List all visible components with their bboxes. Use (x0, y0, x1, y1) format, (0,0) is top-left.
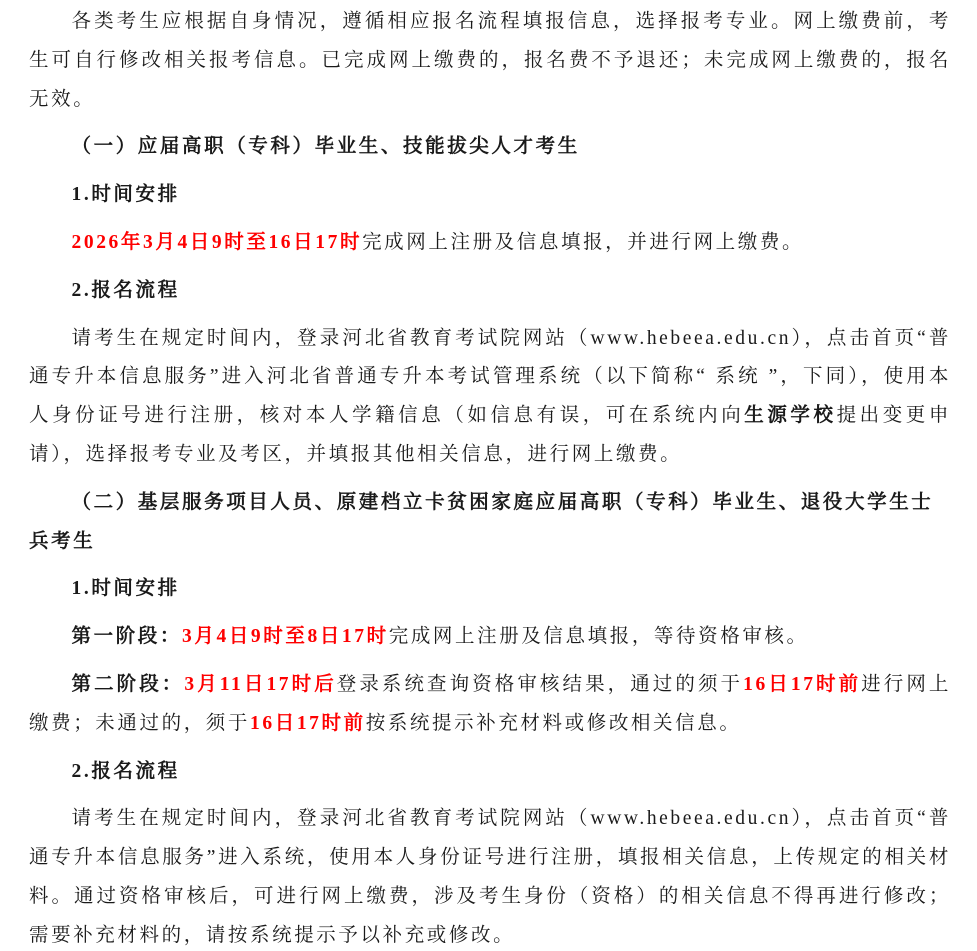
section-2-heading: （二）基层服务项目人员、原建档立卡贫困家庭应届高职（专科）毕业生、退役大学生士兵… (29, 484, 951, 562)
text-run-normal: 请考生在规定时间内，登录河北省教育考试院网站（www.hebeea.edu.cn… (29, 808, 951, 945)
text-run-normal: 完成网上注册及信息填报，等待资格审核。 (389, 626, 809, 647)
section-2-procedure-heading: 2.报名流程 (29, 753, 951, 792)
text-run-bold: 生源学校 (744, 405, 836, 426)
text-run-red-bold: 16日17时前 (743, 674, 861, 695)
intro-paragraph: 各类考生应根据自身情况，遵循相应报名流程填报信息，选择报考专业。网上缴费前，考生… (29, 3, 951, 119)
section-1-time-paragraph: 2026年3月4日9时至16日17时完成网上注册及信息填报，并进行网上缴费。 (29, 224, 951, 263)
section-1-time-heading: 1.时间安排 (29, 176, 951, 215)
text-run-bold: 2.报名流程 (72, 280, 180, 301)
section-1-heading: （一）应届高职（专科）毕业生、技能拔尖人才考生 (29, 128, 951, 167)
section-1-procedure-heading: 2.报名流程 (29, 272, 951, 311)
text-run-bold: 第二阶段： (72, 674, 185, 695)
document-body: 各类考生应根据自身情况，遵循相应报名流程填报信息，选择报考专业。网上缴费前，考生… (0, 0, 977, 951)
text-run-bold: 1.时间安排 (72, 184, 180, 205)
document-page: { "page": { "background_color": "#ffffff… (0, 0, 977, 951)
text-run-red-bold: 2026年3月4日9时至16日17时 (72, 232, 363, 253)
section-2-time-heading: 1.时间安排 (29, 570, 951, 609)
section-2-stage-1-paragraph: 第一阶段：3月4日9时至8日17时完成网上注册及信息填报，等待资格审核。 (29, 618, 951, 657)
text-run-normal: 完成网上注册及信息填报，并进行网上缴费。 (362, 232, 804, 253)
text-run-normal: 按系统提示补充材料或修改相关信息。 (366, 713, 742, 734)
text-run-bold: 1.时间安排 (72, 578, 180, 599)
text-run-red-bold: 3月11日17时后 (184, 674, 336, 695)
text-run-normal: 各类考生应根据自身情况，遵循相应报名流程填报信息，选择报考专业。网上缴费前，考生… (29, 11, 951, 110)
text-run-bold: （二）基层服务项目人员、原建档立卡贫困家庭应届高职（专科）毕业生、退役大学生士兵… (29, 492, 933, 552)
text-run-red-bold: 3月4日9时至8日17时 (182, 626, 389, 647)
text-run-normal: 登录系统查询资格审核结果，通过的须于 (337, 674, 743, 695)
text-run-red-bold: 16日17时前 (250, 713, 366, 734)
text-run-bold: 2.报名流程 (72, 761, 180, 782)
text-run-bold: （一）应届高职（专科）毕业生、技能拔尖人才考生 (72, 136, 580, 157)
text-run-bold: 第一阶段： (72, 626, 183, 647)
section-2-procedure-paragraph: 请考生在规定时间内，登录河北省教育考试院网站（www.hebeea.edu.cn… (29, 800, 951, 951)
section-1-procedure-paragraph: 请考生在规定时间内，登录河北省教育考试院网站（www.hebeea.edu.cn… (29, 320, 951, 475)
section-2-stage-2-paragraph: 第二阶段：3月11日17时后登录系统查询资格审核结果，通过的须于16日17时前进… (29, 666, 951, 744)
